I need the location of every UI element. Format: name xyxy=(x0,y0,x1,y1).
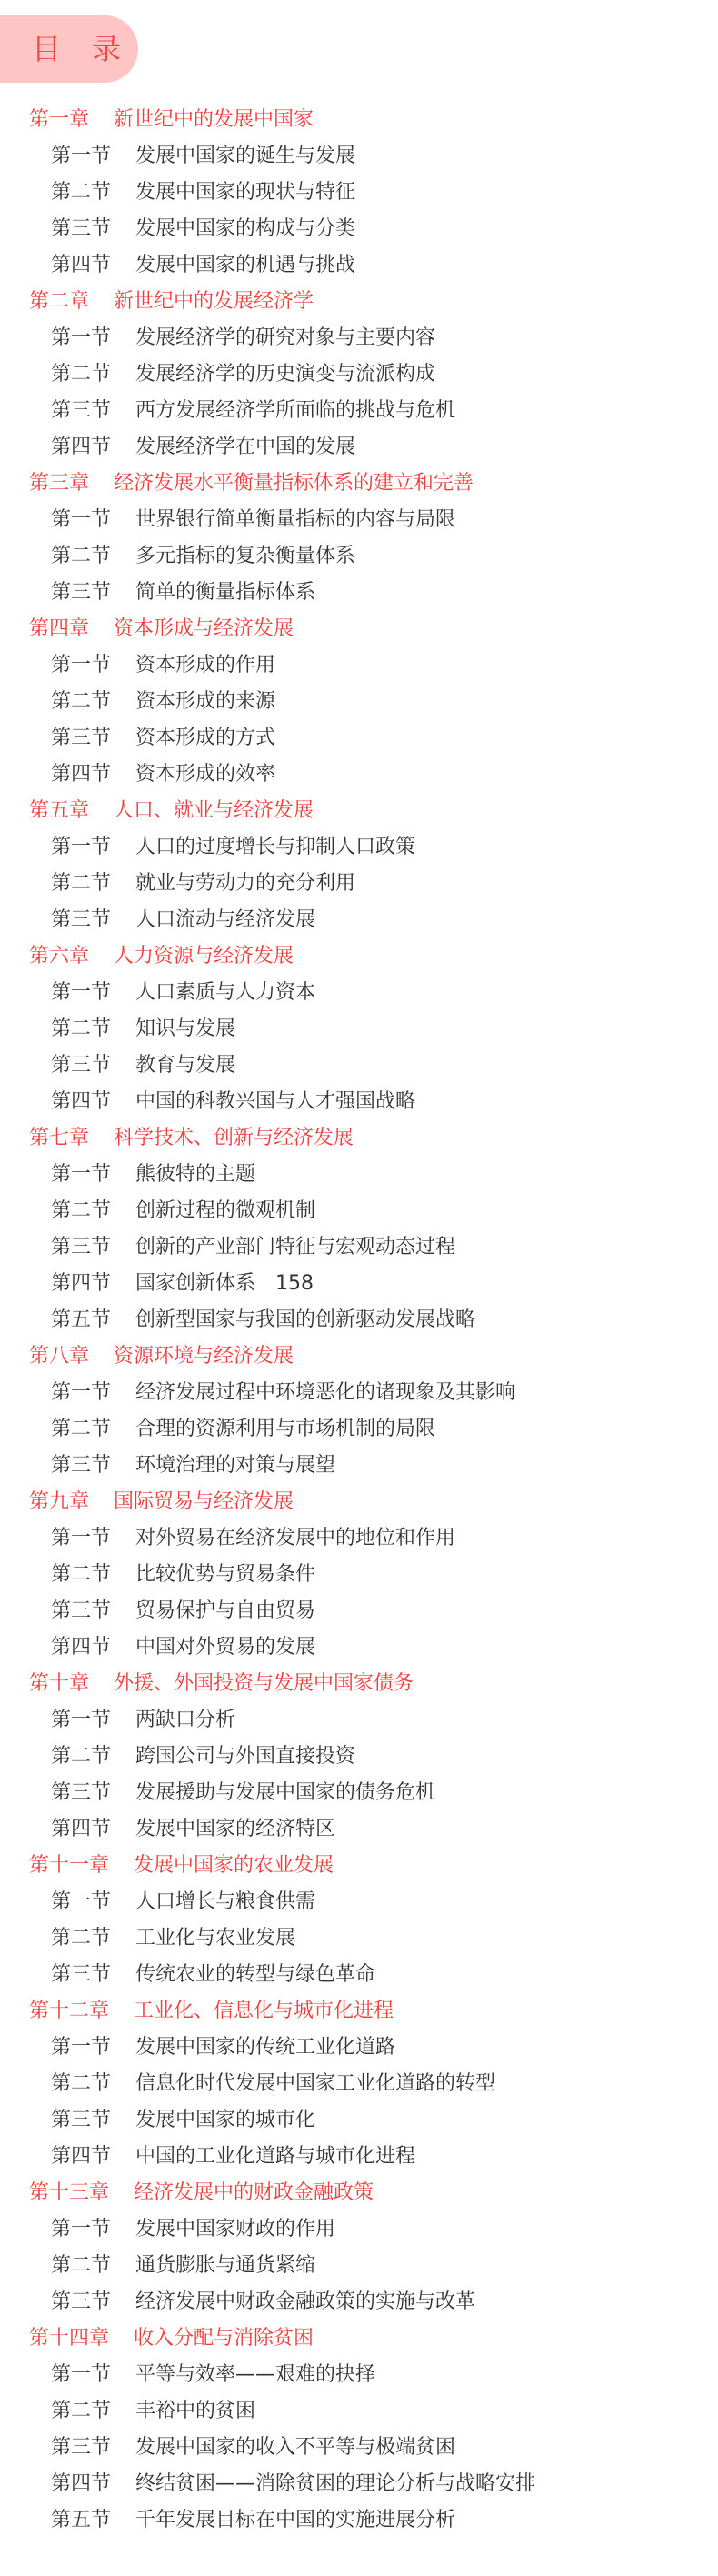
toc-section[interactable]: 第二节多元指标的复杂衡量体系 xyxy=(0,538,718,575)
chapter-number: 第十一章 xyxy=(29,1848,109,1884)
section-number: 第三节 xyxy=(51,2102,111,2139)
chapter-number: 第五章 xyxy=(29,793,89,829)
section-title: 信息化时代发展中国家工业化道路的转型 xyxy=(135,2066,495,2102)
toc-section[interactable]: 第二节发展经济学的历史演变与流派构成 xyxy=(0,356,718,393)
toc-chapter[interactable]: 第七章科学技术、创新与经济发展 xyxy=(0,1120,718,1157)
section-title: 发展中国家的城市化 xyxy=(135,2102,315,2139)
toc-section[interactable]: 第三节发展中国家的城市化 xyxy=(0,2102,718,2139)
section-title: 熊彼特的主题 xyxy=(135,1157,255,1193)
toc-section[interactable]: 第三节传统农业的转型与绿色革命 xyxy=(0,1957,718,1993)
section-title: 人口流动与经济发展 xyxy=(135,902,315,938)
chapter-title: 科学技术、创新与经济发展 xyxy=(114,1120,354,1157)
section-number: 第二节 xyxy=(51,2393,111,2430)
section-number: 第四节 xyxy=(51,1629,111,1666)
chapter-title: 收入分配与消除贫困 xyxy=(134,2320,314,2357)
section-title: 人口素质与人力资本 xyxy=(135,975,315,1011)
section-number: 第三节 xyxy=(51,2430,111,2466)
section-title: 环境治理的对策与展望 xyxy=(135,1448,335,1484)
toc-section[interactable]: 第三节人口流动与经济发展 xyxy=(0,902,718,938)
toc-section[interactable]: 第三节经济发展中财政金融政策的实施与改革 xyxy=(0,2284,718,2320)
toc-section[interactable]: 第二节工业化与农业发展 xyxy=(0,1920,718,1957)
section-title: 中国的工业化道路与城市化进程 xyxy=(135,2139,415,2175)
section-number: 第一节 xyxy=(51,829,111,866)
section-number: 第四节 xyxy=(51,429,111,466)
chapter-number: 第三章 xyxy=(29,466,89,502)
section-title: 人口的过度增长与抑制人口政策 xyxy=(135,829,415,866)
section-title: 知识与发展 xyxy=(135,1011,235,1047)
toc-section[interactable]: 第一节发展经济学的研究对象与主要内容 xyxy=(0,320,718,356)
toc-section[interactable]: 第三节简单的衡量指标体系 xyxy=(0,575,718,611)
section-title: 创新型国家与我国的创新驱动发展战略 xyxy=(135,1302,475,1338)
section-number: 第二节 xyxy=(51,356,111,393)
toc-section[interactable]: 第二节创新过程的微观机制 xyxy=(0,1193,718,1229)
section-number: 第三节 xyxy=(51,575,111,611)
section-title: 终结贫困——消除贫困的理论分析与战略安排 xyxy=(135,2466,535,2502)
section-title: 创新的产业部门特征与宏观动态过程 xyxy=(135,1229,455,1266)
toc-section[interactable]: 第五节创新型国家与我国的创新驱动发展战略 xyxy=(0,1302,718,1338)
section-title: 发展中国家的诞生与发展 xyxy=(135,138,355,175)
section-title: 合理的资源利用与市场机制的局限 xyxy=(135,1411,435,1448)
chapter-number: 第十三章 xyxy=(29,2175,109,2211)
toc-section[interactable]: 第四节国家创新体系 158 xyxy=(0,1266,718,1302)
section-number: 第一节 xyxy=(51,138,111,175)
toc-section[interactable]: 第五节千年发展目标在中国的实施进展分析 xyxy=(0,2502,718,2539)
toc-section[interactable]: 第一节熊彼特的主题 xyxy=(0,1157,718,1193)
section-number: 第一节 xyxy=(51,1520,111,1557)
toc-section[interactable]: 第一节人口的过度增长与抑制人口政策 xyxy=(0,829,718,866)
toc-section[interactable]: 第三节资本形成的方式 xyxy=(0,720,718,757)
section-title: 发展援助与发展中国家的债务危机 xyxy=(135,1775,435,1811)
section-number: 第三节 xyxy=(51,1448,111,1484)
section-title: 经济发展中财政金融政策的实施与改革 xyxy=(135,2284,475,2320)
chapter-title: 外援、外国投资与发展中国家债务 xyxy=(114,1666,414,1702)
toc-chapter[interactable]: 第十四章收入分配与消除贫困 xyxy=(0,2320,718,2357)
section-number: 第二节 xyxy=(51,1920,111,1957)
chapter-number: 第一章 xyxy=(29,102,89,138)
chapter-title: 资源环境与经济发展 xyxy=(114,1338,294,1375)
toc-section[interactable]: 第二节合理的资源利用与市场机制的局限 xyxy=(0,1411,718,1448)
toc-section[interactable]: 第一节世界银行简单衡量指标的内容与局限 xyxy=(0,502,718,538)
section-title: 对外贸易在经济发展中的地位和作用 xyxy=(135,1520,455,1557)
toc-chapter[interactable]: 第二章新世纪中的发展经济学 xyxy=(0,284,718,320)
toc-section[interactable]: 第二节丰裕中的贫困 xyxy=(0,2393,718,2430)
toc-chapter[interactable]: 第十一章发展中国家的农业发展 xyxy=(0,1848,718,1884)
section-number: 第二节 xyxy=(51,1011,111,1047)
section-number: 第三节 xyxy=(51,1229,111,1266)
section-title: 比较优势与贸易条件 xyxy=(135,1557,315,1593)
toc-section[interactable]: 第三节教育与发展 xyxy=(0,1047,718,1084)
section-number: 第三节 xyxy=(51,1957,111,1993)
section-number: 第五节 xyxy=(51,2502,111,2539)
toc-section[interactable]: 第四节发展中国家的机遇与挑战 xyxy=(0,247,718,284)
section-number: 第五节 xyxy=(51,1302,111,1338)
toc-section[interactable]: 第一节资本形成的作用 xyxy=(0,647,718,684)
toc-chapter[interactable]: 第十三章经济发展中的财政金融政策 xyxy=(0,2175,718,2211)
section-number: 第三节 xyxy=(51,393,111,429)
toc-section[interactable]: 第一节发展中国家的诞生与发展 xyxy=(0,138,718,175)
chapter-title: 人口、就业与经济发展 xyxy=(114,793,314,829)
toc-section[interactable]: 第二节资本形成的来源 xyxy=(0,684,718,720)
toc-section[interactable]: 第一节两缺口分析 xyxy=(0,1702,718,1739)
section-number: 第一节 xyxy=(51,320,111,356)
section-title: 多元指标的复杂衡量体系 xyxy=(135,538,355,575)
chapter-title: 经济发展中的财政金融政策 xyxy=(134,2175,374,2211)
section-title: 人口增长与粮食供需 xyxy=(135,1884,315,1920)
chapter-title: 工业化、信息化与城市化进程 xyxy=(134,1993,394,2030)
toc-section[interactable]: 第一节发展中国家的传统工业化道路 xyxy=(0,2030,718,2066)
toc-section[interactable]: 第二节就业与劳动力的充分利用 xyxy=(0,866,718,902)
toc-chapter[interactable]: 第八章资源环境与经济发展 xyxy=(0,1338,718,1375)
section-title: 工业化与农业发展 xyxy=(135,1920,295,1957)
chapter-title: 发展中国家的农业发展 xyxy=(134,1848,334,1884)
section-title: 发展中国家的传统工业化道路 xyxy=(135,2030,395,2066)
section-number: 第一节 xyxy=(51,1702,111,1739)
section-title: 就业与劳动力的充分利用 xyxy=(135,866,355,902)
chapter-number: 第九章 xyxy=(29,1484,89,1520)
toc-section[interactable]: 第一节经济发展过程中环境恶化的诸现象及其影响 xyxy=(0,1375,718,1411)
toc-chapter[interactable]: 第九章国际贸易与经济发展 xyxy=(0,1484,718,1520)
section-number: 第一节 xyxy=(51,1375,111,1411)
section-number: 第四节 xyxy=(51,1266,111,1302)
section-title: 资本形成的作用 xyxy=(135,647,275,684)
toc-section[interactable]: 第二节信息化时代发展中国家工业化道路的转型 xyxy=(0,2066,718,2102)
toc-header-pill: 目 录 xyxy=(0,15,138,83)
section-title: 资本形成的方式 xyxy=(135,720,275,757)
chapter-number: 第七章 xyxy=(29,1120,89,1157)
section-number: 第二节 xyxy=(51,1557,111,1593)
section-title: 发展中国家的构成与分类 xyxy=(135,211,355,247)
chapter-number: 第二章 xyxy=(29,284,89,320)
section-number: 第一节 xyxy=(51,2357,111,2393)
toc-section[interactable]: 第三节发展援助与发展中国家的债务危机 xyxy=(0,1775,718,1811)
toc-section[interactable]: 第四节终结贫困——消除贫困的理论分析与战略安排 xyxy=(0,2466,718,2502)
section-number: 第四节 xyxy=(51,2139,111,2175)
section-title: 发展中国家的经济特区 xyxy=(135,1811,335,1848)
toc-section[interactable]: 第一节发展中国家财政的作用 xyxy=(0,2211,718,2248)
chapter-title: 资本形成与经济发展 xyxy=(114,611,294,647)
section-title: 资本形成的效率 xyxy=(135,757,275,793)
section-title: 传统农业的转型与绿色革命 xyxy=(135,1957,375,1993)
section-number: 第四节 xyxy=(51,247,111,284)
section-number: 第二节 xyxy=(51,866,111,902)
toc-section[interactable]: 第一节平等与效率——艰难的抉择 xyxy=(0,2357,718,2393)
section-number: 第一节 xyxy=(51,1884,111,1920)
section-number: 第三节 xyxy=(51,1047,111,1084)
section-number: 第二节 xyxy=(51,175,111,211)
toc-chapter[interactable]: 第十二章工业化、信息化与城市化进程 xyxy=(0,1993,718,2030)
section-title: 平等与效率——艰难的抉择 xyxy=(135,2357,375,2393)
section-number: 第三节 xyxy=(51,2284,111,2320)
section-number: 第三节 xyxy=(51,902,111,938)
toc-section[interactable]: 第三节环境治理的对策与展望 xyxy=(0,1448,718,1484)
toc-chapter[interactable]: 第十章外援、外国投资与发展中国家债务 xyxy=(0,1666,718,1702)
toc-section[interactable]: 第二节比较优势与贸易条件 xyxy=(0,1557,718,1593)
toc-section[interactable]: 第四节发展经济学在中国的发展 xyxy=(0,429,718,466)
chapter-title: 人力资源与经济发展 xyxy=(114,938,294,975)
section-title: 发展中国家的现状与特征 xyxy=(135,175,355,211)
section-title: 国家创新体系 158 xyxy=(135,1266,314,1302)
toc-title: 目 录 xyxy=(32,35,132,64)
toc-section[interactable]: 第四节中国的科教兴国与人才强国战略 xyxy=(0,1084,718,1120)
chapter-title: 国际贸易与经济发展 xyxy=(114,1484,294,1520)
section-title: 经济发展过程中环境恶化的诸现象及其影响 xyxy=(135,1375,515,1411)
section-number: 第一节 xyxy=(51,502,111,538)
toc-section[interactable]: 第四节发展中国家的经济特区 xyxy=(0,1811,718,1848)
section-number: 第三节 xyxy=(51,1593,111,1629)
section-number: 第四节 xyxy=(51,2466,111,2502)
section-number: 第二节 xyxy=(51,2248,111,2284)
section-title: 中国的科教兴国与人才强国战略 xyxy=(135,1084,415,1120)
section-title: 西方发展经济学所面临的挑战与危机 xyxy=(135,393,455,429)
toc-section[interactable]: 第四节资本形成的效率 xyxy=(0,757,718,793)
toc-section[interactable]: 第一节对外贸易在经济发展中的地位和作用 xyxy=(0,1520,718,1557)
toc-section[interactable]: 第二节跨国公司与外国直接投资 xyxy=(0,1739,718,1775)
toc-section[interactable]: 第二节通货膨胀与通货紧缩 xyxy=(0,2248,718,2284)
section-title: 千年发展目标在中国的实施进展分析 xyxy=(135,2502,455,2539)
section-number: 第三节 xyxy=(51,1775,111,1811)
section-number: 第一节 xyxy=(51,2211,111,2248)
toc-section[interactable]: 第二节知识与发展 xyxy=(0,1011,718,1047)
section-number: 第二节 xyxy=(51,684,111,720)
section-title: 发展经济学的历史演变与流派构成 xyxy=(135,356,435,393)
toc-section[interactable]: 第二节发展中国家的现状与特征 xyxy=(0,175,718,211)
toc-section[interactable]: 第三节西方发展经济学所面临的挑战与危机 xyxy=(0,393,718,429)
toc-chapter[interactable]: 第五章人口、就业与经济发展 xyxy=(0,793,718,829)
toc-section[interactable]: 第一节人口增长与粮食供需 xyxy=(0,1884,718,1920)
section-title: 发展经济学在中国的发展 xyxy=(135,429,355,466)
table-of-contents: 第一章新世纪中的发展中国家第一节发展中国家的诞生与发展第二节发展中国家的现状与特… xyxy=(0,102,718,2539)
section-title: 两缺口分析 xyxy=(135,1702,235,1739)
section-number: 第二节 xyxy=(51,1739,111,1775)
section-number: 第二节 xyxy=(51,2066,111,2102)
section-number: 第一节 xyxy=(51,647,111,684)
chapter-title: 新世纪中的发展经济学 xyxy=(114,284,314,320)
toc-chapter[interactable]: 第六章人力资源与经济发展 xyxy=(0,938,718,975)
toc-section[interactable]: 第三节创新的产业部门特征与宏观动态过程 xyxy=(0,1229,718,1266)
toc-chapter[interactable]: 第三章经济发展水平衡量指标体系的建立和完善 xyxy=(0,466,718,502)
section-number: 第四节 xyxy=(51,1811,111,1848)
section-title: 教育与发展 xyxy=(135,1047,235,1084)
section-title: 创新过程的微观机制 xyxy=(135,1193,315,1229)
section-title: 丰裕中的贫困 xyxy=(135,2393,255,2430)
section-number: 第一节 xyxy=(51,1157,111,1193)
section-number: 第二节 xyxy=(51,1193,111,1229)
toc-section[interactable]: 第四节中国对外贸易的发展 xyxy=(0,1629,718,1666)
section-number: 第三节 xyxy=(51,720,111,757)
section-title: 发展中国家财政的作用 xyxy=(135,2211,335,2248)
section-number: 第四节 xyxy=(51,757,111,793)
section-number: 第四节 xyxy=(51,1084,111,1120)
section-number: 第二节 xyxy=(51,1411,111,1448)
section-title: 贸易保护与自由贸易 xyxy=(135,1593,315,1629)
chapter-number: 第十章 xyxy=(29,1666,89,1702)
section-title: 简单的衡量指标体系 xyxy=(135,575,315,611)
section-number: 第一节 xyxy=(51,975,111,1011)
section-title: 跨国公司与外国直接投资 xyxy=(135,1739,355,1775)
toc-chapter[interactable]: 第一章新世纪中的发展中国家 xyxy=(0,102,718,138)
chapter-title: 经济发展水平衡量指标体系的建立和完善 xyxy=(114,466,474,502)
section-number: 第一节 xyxy=(51,2030,111,2066)
section-number: 第二节 xyxy=(51,538,111,575)
toc-section[interactable]: 第三节发展中国家的构成与分类 xyxy=(0,211,718,247)
toc-section[interactable]: 第三节发展中国家的收入不平等与极端贫困 xyxy=(0,2430,718,2466)
section-title: 世界银行简单衡量指标的内容与局限 xyxy=(135,502,455,538)
toc-section[interactable]: 第四节中国的工业化道路与城市化进程 xyxy=(0,2139,718,2175)
chapter-title: 新世纪中的发展中国家 xyxy=(114,102,314,138)
section-title: 发展经济学的研究对象与主要内容 xyxy=(135,320,435,356)
section-title: 发展中国家的机遇与挑战 xyxy=(135,247,355,284)
section-number: 第三节 xyxy=(51,211,111,247)
section-title: 发展中国家的收入不平等与极端贫困 xyxy=(135,2430,455,2466)
toc-section[interactable]: 第一节人口素质与人力资本 xyxy=(0,975,718,1011)
section-title: 通货膨胀与通货紧缩 xyxy=(135,2248,315,2284)
toc-section[interactable]: 第三节贸易保护与自由贸易 xyxy=(0,1593,718,1629)
chapter-number: 第八章 xyxy=(29,1338,89,1375)
section-title: 资本形成的来源 xyxy=(135,684,275,720)
chapter-number: 第四章 xyxy=(29,611,89,647)
chapter-number: 第十四章 xyxy=(29,2320,109,2357)
toc-chapter[interactable]: 第四章资本形成与经济发展 xyxy=(0,611,718,647)
chapter-number: 第六章 xyxy=(29,938,89,975)
section-title: 中国对外贸易的发展 xyxy=(135,1629,315,1666)
chapter-number: 第十二章 xyxy=(29,1993,109,2030)
